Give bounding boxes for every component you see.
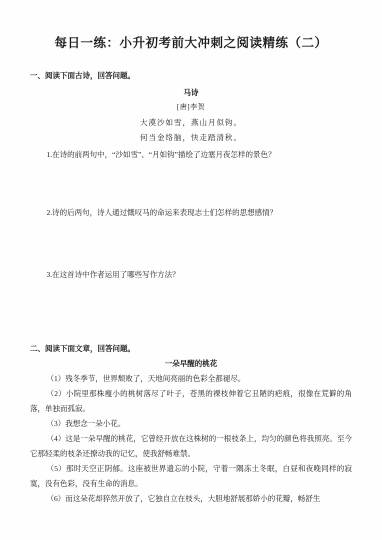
article-paragraph-1: （1）残冬季节，世界颓败了，天地间亮丽的色彩全都褪尽。 <box>30 371 352 386</box>
poem-block: 马诗 [唐]李贺 大漠沙如雪，燕山月似钩。 何当金络脑，快走踏清秋。 <box>0 85 382 145</box>
poem-line-2: 何当金络脑，快走踏清秋。 <box>0 130 382 145</box>
article-paragraph-5: （5）那时天空正阴郁。这座被世界遗忘的小院，守着一隅冻土冬眠，白昼和夜晚同样的寂… <box>30 461 352 491</box>
article-paragraph-2: （2）小院里那株瘦小的桃树落尽了叶子，苍黑的裸枝伸着它丑陋的疤痕，很像在荒僻的角… <box>30 386 352 416</box>
article-paragraph-6: （6）而这朵花却猝然开放了，它独自立在枝头，大胆地舒展那娇小的花瓣，畅舒生 <box>30 491 352 506</box>
article-body: （1）残冬季节，世界颓败了，天地间亮丽的色彩全都褪尽。 （2）小院里那株瘦小的桃… <box>0 371 382 506</box>
poem-line-1: 大漠沙如雪，燕山月似钩。 <box>0 115 382 130</box>
section-two-heading: 二、阅读下面文章，回答问题。 <box>30 341 352 356</box>
article-title: 一朵早醒的桃花 <box>0 356 382 371</box>
poem-author: [唐]李贺 <box>0 100 382 115</box>
article-paragraph-4: （4）这是一朵早醒的桃花，它曾经开放在这株树的一根枝条上，均匀的颜色将我照亮。至… <box>30 431 352 461</box>
page-title: 每日一练：小升初考前大冲刺之阅读精练（二） <box>0 0 382 50</box>
question-1: 1.在诗的前两句中，“沙如雪”、“月如钩”描绘了边塞月夜怎样的景色？ <box>30 147 352 162</box>
section-one-heading: 一、阅读下面古诗，回答问题。 <box>30 68 352 83</box>
question-2: 2.诗的后两句，诗人通过慨叹马的命运来表现志士们怎样的思想感情？ <box>30 205 352 220</box>
article-paragraph-3: （3）我想念一朵小花。 <box>30 416 352 431</box>
poem-title: 马诗 <box>0 85 382 100</box>
worksheet-page: 每日一练：小升初考前大冲刺之阅读精练（二） 一、阅读下面古诗，回答问题。 马诗 … <box>0 0 382 540</box>
question-3: 3.在这首诗中作者运用了哪些写作方法？ <box>30 267 352 282</box>
